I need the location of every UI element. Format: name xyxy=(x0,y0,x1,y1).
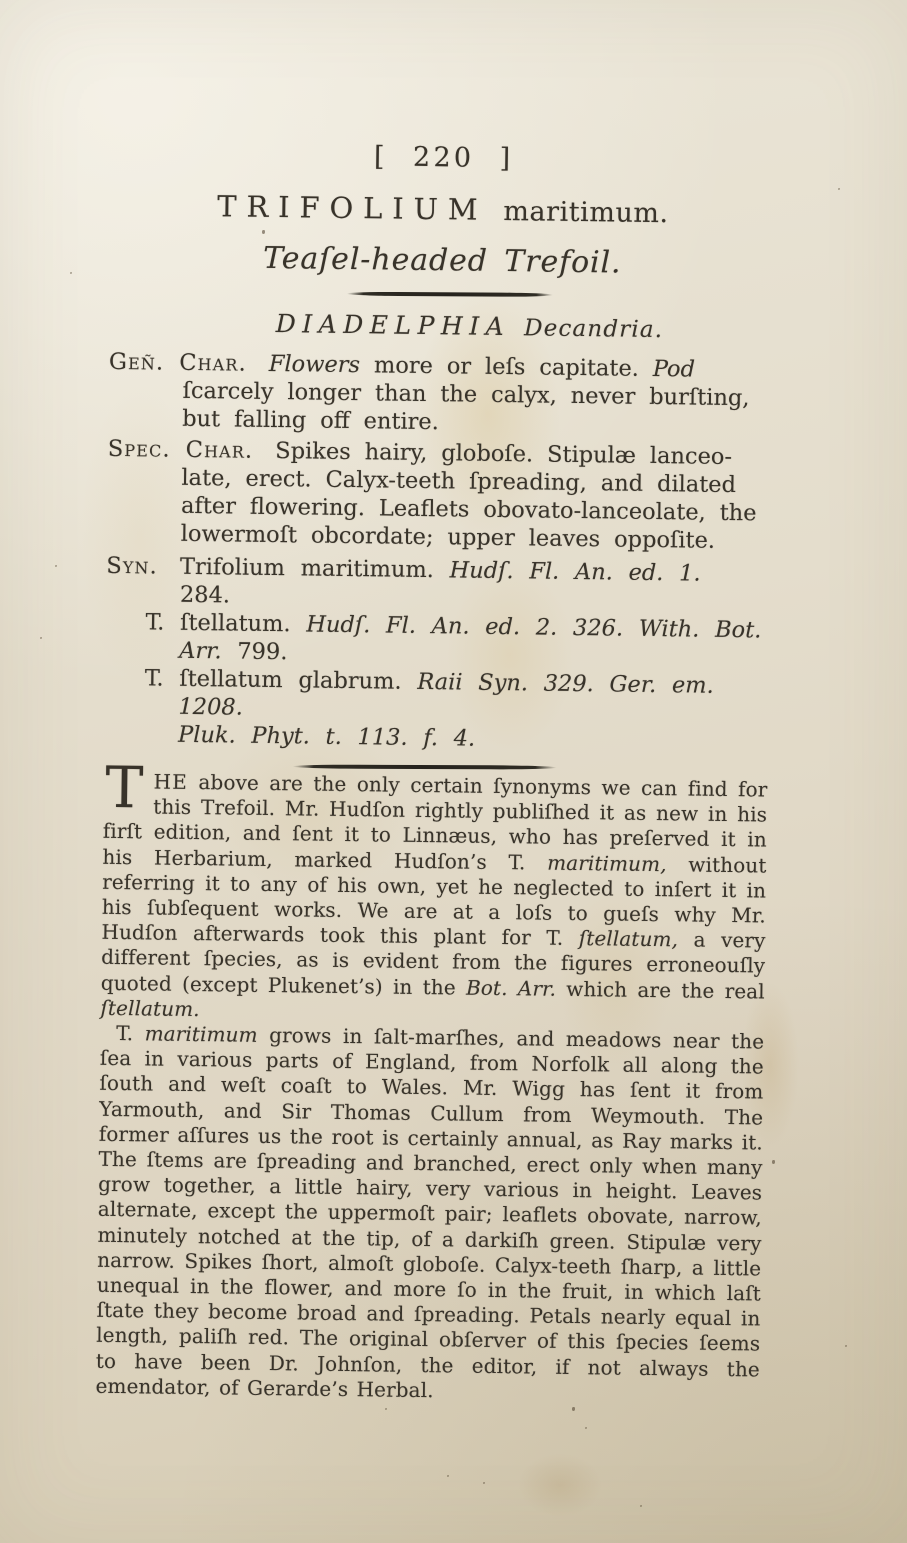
book-page-scan: [ 220 ] TRIFOLIUMmaritimum. Teaſel-heade… xyxy=(0,0,907,1543)
synonym-reference: Hudſ. Fl. An. ed. 2. 326. With. Bot. xyxy=(306,611,761,643)
paper-speck xyxy=(40,637,42,639)
genus-name: TRIFOLIUM xyxy=(217,189,488,227)
body-text: T. xyxy=(116,1021,133,1045)
synonym-page: 284. xyxy=(180,582,230,609)
synonym-name: T. ſtellatum. xyxy=(145,609,290,637)
species-epithet: maritimum. xyxy=(503,196,669,229)
spec-char-label: Spec. Char. xyxy=(108,436,254,464)
synonyms-section: Syn.Trifolium maritimum. Hudſ. Fl. An. e… xyxy=(104,552,771,757)
synonym-reference: Arr. xyxy=(179,638,222,665)
spec-char-text: Spikes hairy, globoſe. Stipulæ lanceo- xyxy=(275,438,732,470)
spec-char-text: lowermoſt obcordate; upper leaves oppoſi… xyxy=(181,521,716,554)
synonym-name: Trifolium maritimum. xyxy=(180,554,434,583)
body-text: which are the real xyxy=(566,977,765,1004)
body-text: grows in ſalt-marſhes, and meadows near … xyxy=(95,1023,764,1402)
synonym-entry: T. ſtellatum. Hudſ. Fl. An. ed. 2. 326. … xyxy=(105,608,770,673)
synonym-reference: Pluk. Phyt. t. 113. f. 4. xyxy=(178,722,475,752)
gen-char-text: but falling off entire. xyxy=(182,406,439,435)
order-name: Decandria. xyxy=(524,315,663,343)
synonym-entry: Syn.Trifolium maritimum. Hudſ. Fl. An. e… xyxy=(106,552,771,617)
page-number: [ 220 ] xyxy=(111,136,775,181)
body-text-italic: maritimum xyxy=(145,1021,258,1046)
body-text-italic: ſtellatum, xyxy=(579,926,679,951)
gen-char-text: Flowers xyxy=(269,351,361,378)
body-paragraph: T. maritimum grows in ſalt-marſhes, and … xyxy=(95,1021,764,1408)
paper-stain xyxy=(500,1440,620,1530)
paper-speck xyxy=(483,1482,485,1484)
page-content: [ 220 ] TRIFOLIUMmaritimum. Teaſel-heade… xyxy=(95,130,776,1408)
body-text: HE xyxy=(153,769,188,793)
body-text-italic: Bot. Arr. xyxy=(466,975,556,1000)
synonym-name: T. ſtellatum glabrum. xyxy=(145,665,402,694)
synonym-reference: Hudſ. Fl. An. ed. 1. xyxy=(449,557,700,586)
syn-label: Syn. xyxy=(106,553,158,580)
class-name: DIADELPHIA xyxy=(276,309,511,341)
drop-cap-initial: T xyxy=(105,766,144,810)
paper-speck xyxy=(640,1505,642,1507)
linnaean-classification: DIADELPHIADecandria. xyxy=(109,305,773,349)
paper-speck xyxy=(838,188,840,190)
generic-character-section: Geñ. Char.Flowers more or leſs capitate.… xyxy=(108,348,773,441)
paper-speck xyxy=(585,1427,587,1429)
ornament-rule-top xyxy=(347,292,553,297)
body-text-italic: ſtellatum. xyxy=(100,996,200,1021)
page-title: TRIFOLIUMmaritimum. xyxy=(111,186,775,235)
gen-char-text: more or leſs capitate. xyxy=(374,352,639,381)
body-text-italic: maritimum, xyxy=(547,850,667,876)
body-text: above are the only certain ſynonyms we c… xyxy=(102,770,767,874)
section-divider-rule xyxy=(293,764,557,769)
paper-speck xyxy=(385,1408,387,1410)
paper-speck xyxy=(572,1407,575,1411)
specific-character-section: Spec. Char.Spikes hairy, globoſe. Stipul… xyxy=(107,435,772,556)
synonym-page: 799. xyxy=(237,639,287,666)
gen-char-label: Geñ. Char. xyxy=(109,349,247,377)
common-name: Teaſel-headed Trefoil. xyxy=(110,237,774,286)
paper-speck xyxy=(447,1475,449,1477)
gen-char-text: Pod xyxy=(653,356,696,383)
paper-speck xyxy=(845,1345,847,1347)
paper-speck xyxy=(70,272,72,274)
synonym-entry: T. ſtellatum glabrum. Raii Syn. 329. Ger… xyxy=(104,664,769,757)
body-paragraph: THE above are the only certain ſynonyms … xyxy=(100,769,767,1030)
